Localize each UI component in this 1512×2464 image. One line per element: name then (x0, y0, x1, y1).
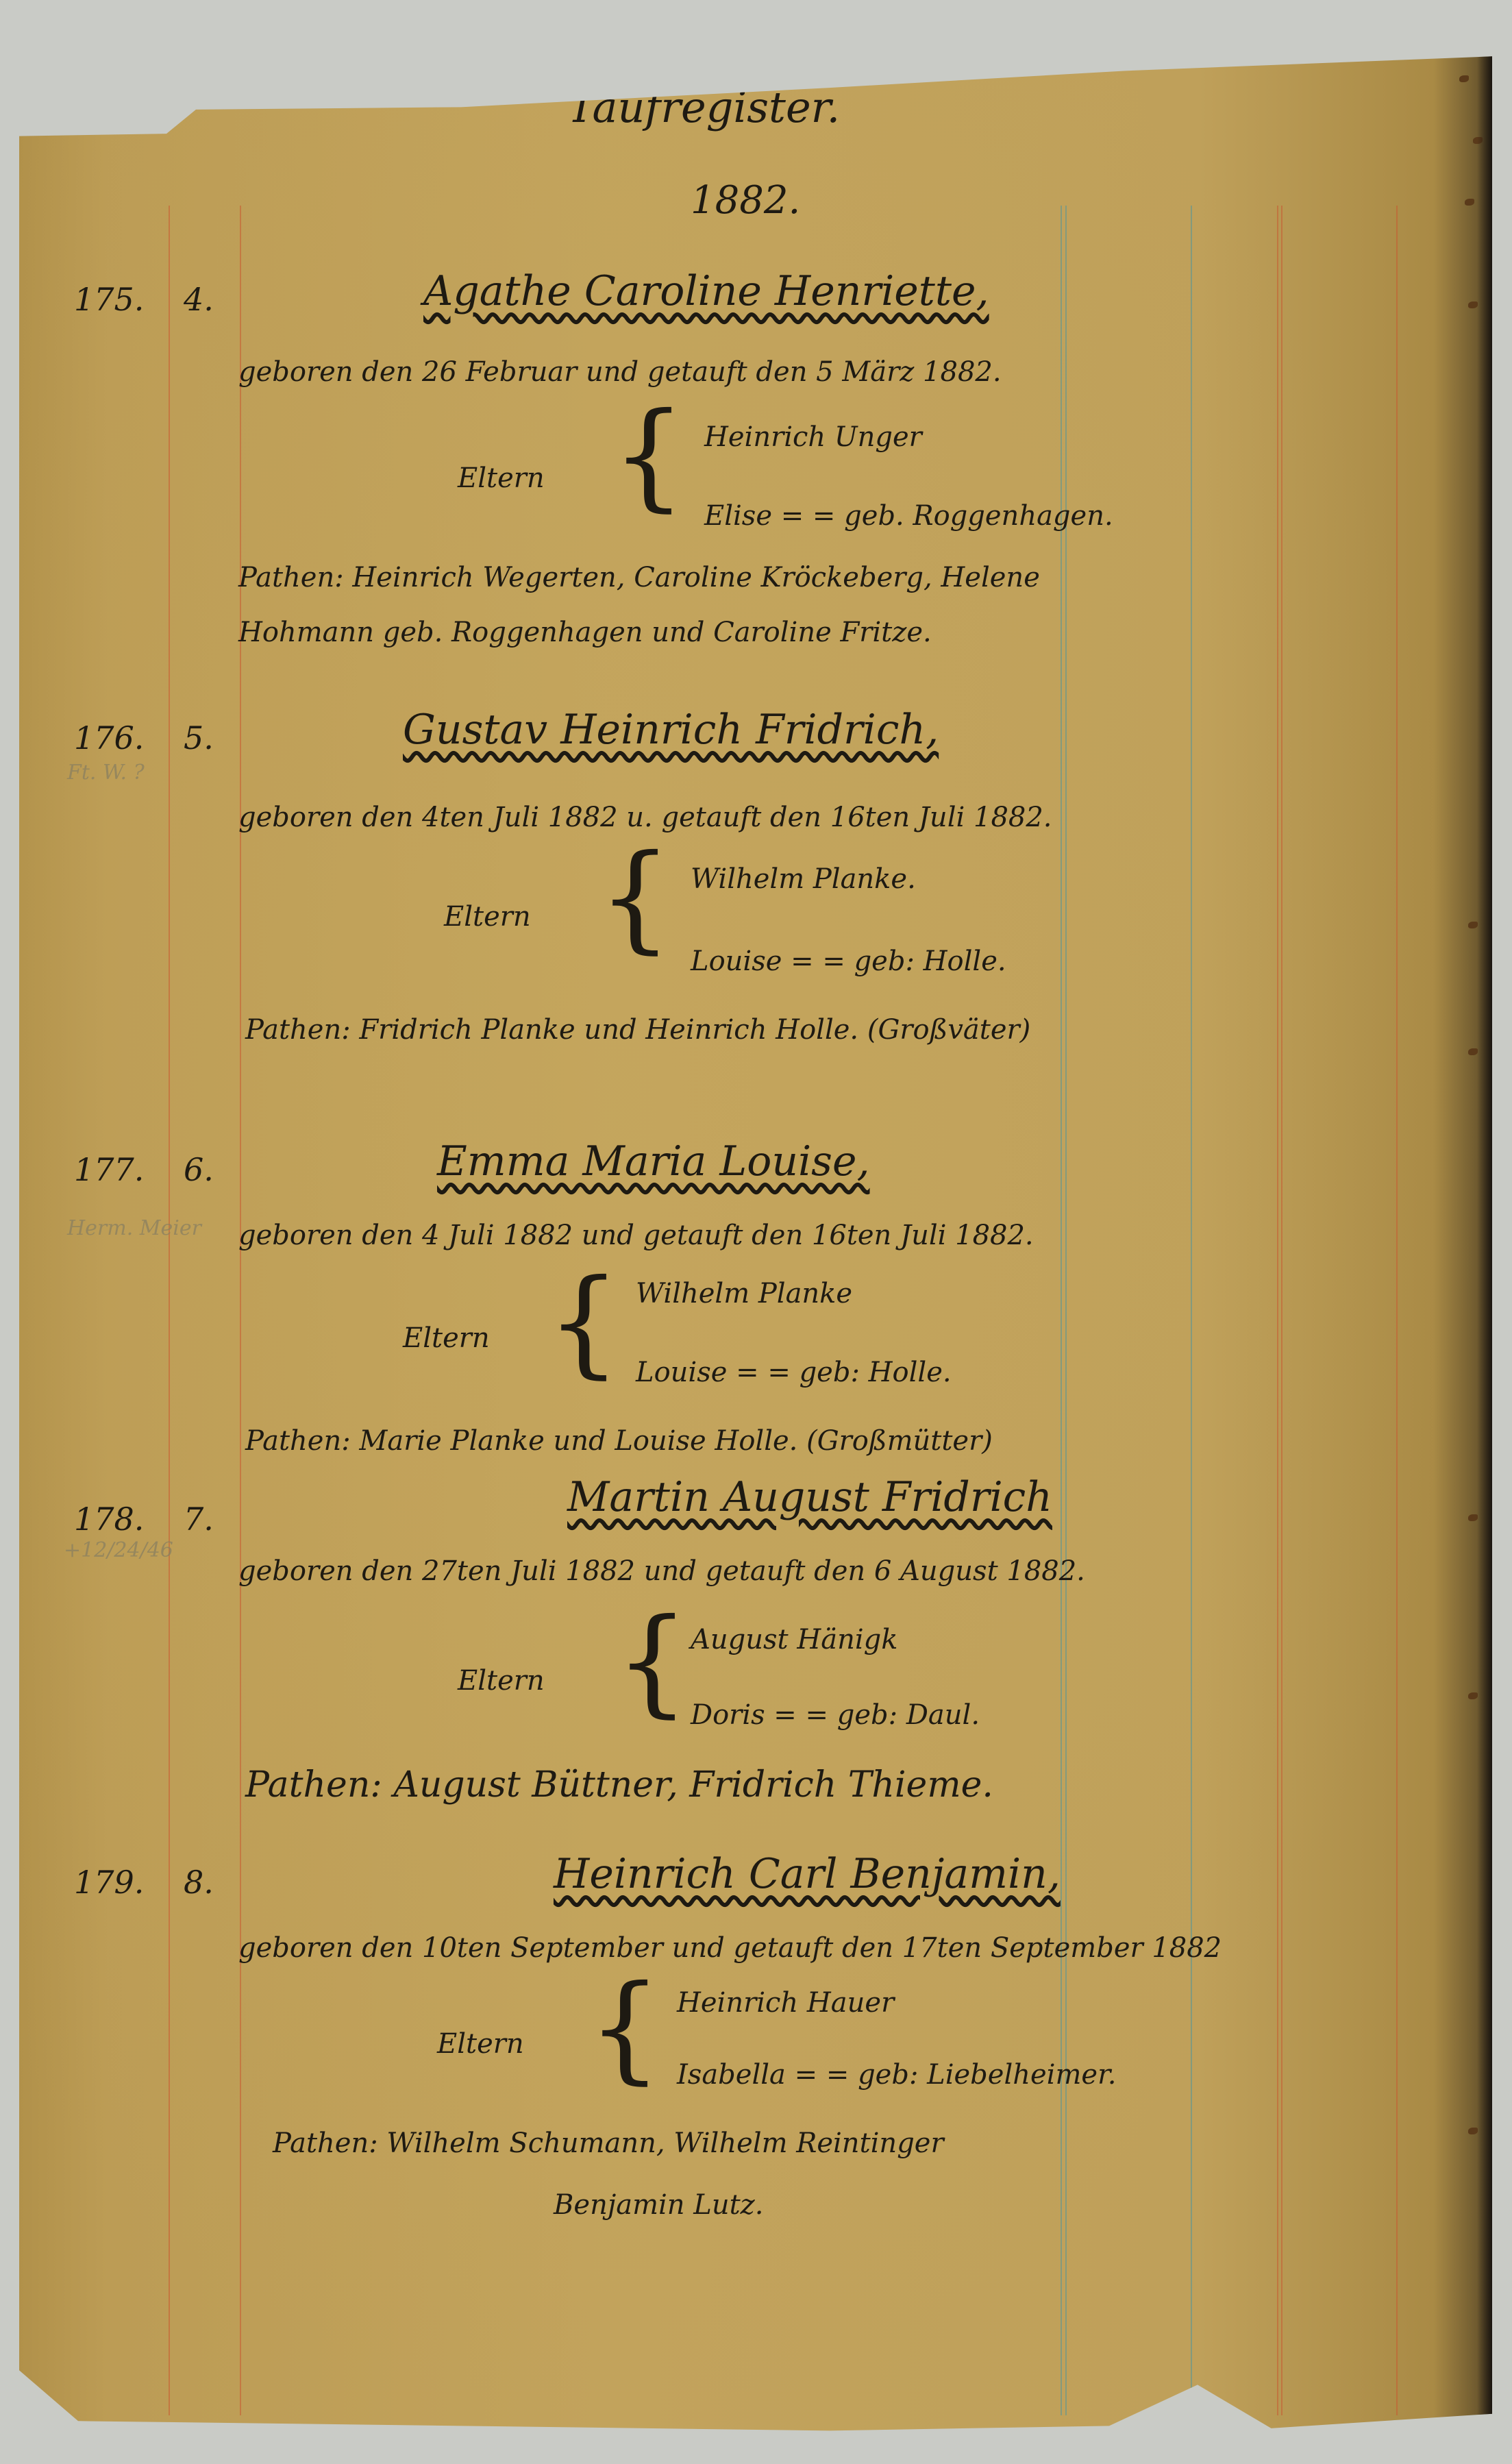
birth-baptism-dates: geboren den 27ten Juli 1882 und getauft … (238, 1555, 1085, 1587)
margin-note: Herm. Meier (67, 1216, 201, 1240)
margin-note: Ft. W. ? (67, 761, 145, 785)
ruled-line-red (1277, 206, 1278, 2415)
sponsors: Pathen: Heinrich Wegerten, Caroline Kröc… (238, 562, 1040, 593)
year-number: 7. (184, 1501, 214, 1538)
ruled-line-red (1396, 206, 1398, 2415)
parents-label: Eltern (444, 901, 531, 933)
sponsors-continued: Hohmann geb. Roggenhagen und Caroline Fr… (238, 617, 932, 648)
parents-brace: { (612, 397, 686, 514)
year-number: 5. (184, 719, 214, 756)
father-name: Heinrich Unger (704, 421, 922, 453)
birth-baptism-dates: geboren den 4 Juli 1882 und getauft den … (238, 1220, 1034, 1251)
sponsors: Pathen: Fridrich Planke und Heinrich Hol… (245, 1014, 1030, 1046)
parents-label: Eltern (403, 1322, 490, 1354)
register-number: 175. (74, 281, 144, 318)
year-number: 8. (184, 1864, 214, 1901)
child-name: Emma Maria Louise, (437, 1137, 870, 1185)
register-page: 108, Taufregister. 1882. 175. 4. Agathe … (19, 27, 1492, 2443)
mother-name: Doris = = geb: Daul. (691, 1699, 980, 1731)
binding-hole (1468, 301, 1478, 308)
binding-hole (1468, 1514, 1478, 1521)
ruled-line-red (240, 206, 241, 2415)
mother-name: Elise = = geb. Roggenhagen. (704, 500, 1113, 532)
birth-baptism-dates: geboren den 4ten Juli 1882 u. getauft de… (238, 802, 1052, 833)
margin-note: +12/24/46 (64, 1538, 173, 1562)
birth-baptism-dates: geboren den 10ten September und getauft … (238, 1932, 1222, 1964)
child-name: Martin August Fridrich (567, 1473, 1052, 1521)
child-name: Heinrich Carl Benjamin, (554, 1850, 1061, 1898)
binding-hole (1459, 75, 1469, 82)
parents-brace: { (588, 1970, 662, 2086)
year-number: 6. (184, 1151, 214, 1188)
father-name: Wilhelm Planke. (691, 863, 916, 895)
birth-baptism-dates: geboren den 26 Februar und getauft den 5… (238, 356, 1002, 388)
mother-name: Louise = = geb: Holle. (636, 1357, 952, 1388)
father-name: August Hänigk (691, 1624, 897, 1655)
parents-label: Eltern (437, 2028, 524, 2060)
register-year: 1882. (691, 178, 800, 223)
binding-shadow (1477, 55, 1492, 2443)
binding-hole (1468, 2128, 1478, 2134)
ruled-line-red (1281, 206, 1282, 2415)
binding-hole (1468, 922, 1478, 928)
ruled-line-blue (1191, 206, 1192, 2415)
mother-name: Louise = = geb: Holle. (691, 946, 1006, 977)
register-number: 178. (74, 1501, 144, 1538)
parents-label: Eltern (458, 1665, 545, 1697)
sponsors: Pathen: Marie Planke und Louise Holle. (… (245, 1425, 993, 1457)
binding-hole (1468, 1048, 1478, 1055)
binding-hole (1465, 199, 1474, 206)
register-number: 177. (74, 1151, 144, 1188)
parents-brace: { (615, 1603, 689, 1720)
page-number: 108, (57, 67, 130, 106)
page-title: Taufregister. (567, 82, 840, 132)
register-number: 176. (74, 719, 144, 756)
sponsors: Pathen: Wilhelm Schumann, Wilhelm Reinti… (273, 2128, 944, 2159)
binding-hole (1468, 1692, 1478, 1699)
parents-brace: { (547, 1264, 621, 1381)
register-number: 179. (74, 1864, 144, 1901)
father-name: Heinrich Hauer (677, 1987, 894, 2019)
ruled-line-red (169, 206, 170, 2415)
mother-name: Isabella = = geb: Liebelheimer. (677, 2059, 1117, 2091)
sponsors-continued: Benjamin Lutz. (554, 2189, 763, 2221)
child-name: Agathe Caroline Henriette, (423, 267, 989, 315)
child-name: Gustav Heinrich Fridrich, (403, 706, 939, 754)
parents-label: Eltern (458, 463, 545, 494)
father-name: Wilhelm Planke (636, 1278, 852, 1309)
sponsors: Pathen: August Büttner, Fridrich Thieme. (245, 1764, 993, 1806)
parents-brace: { (598, 839, 672, 956)
year-number: 4. (184, 281, 214, 318)
